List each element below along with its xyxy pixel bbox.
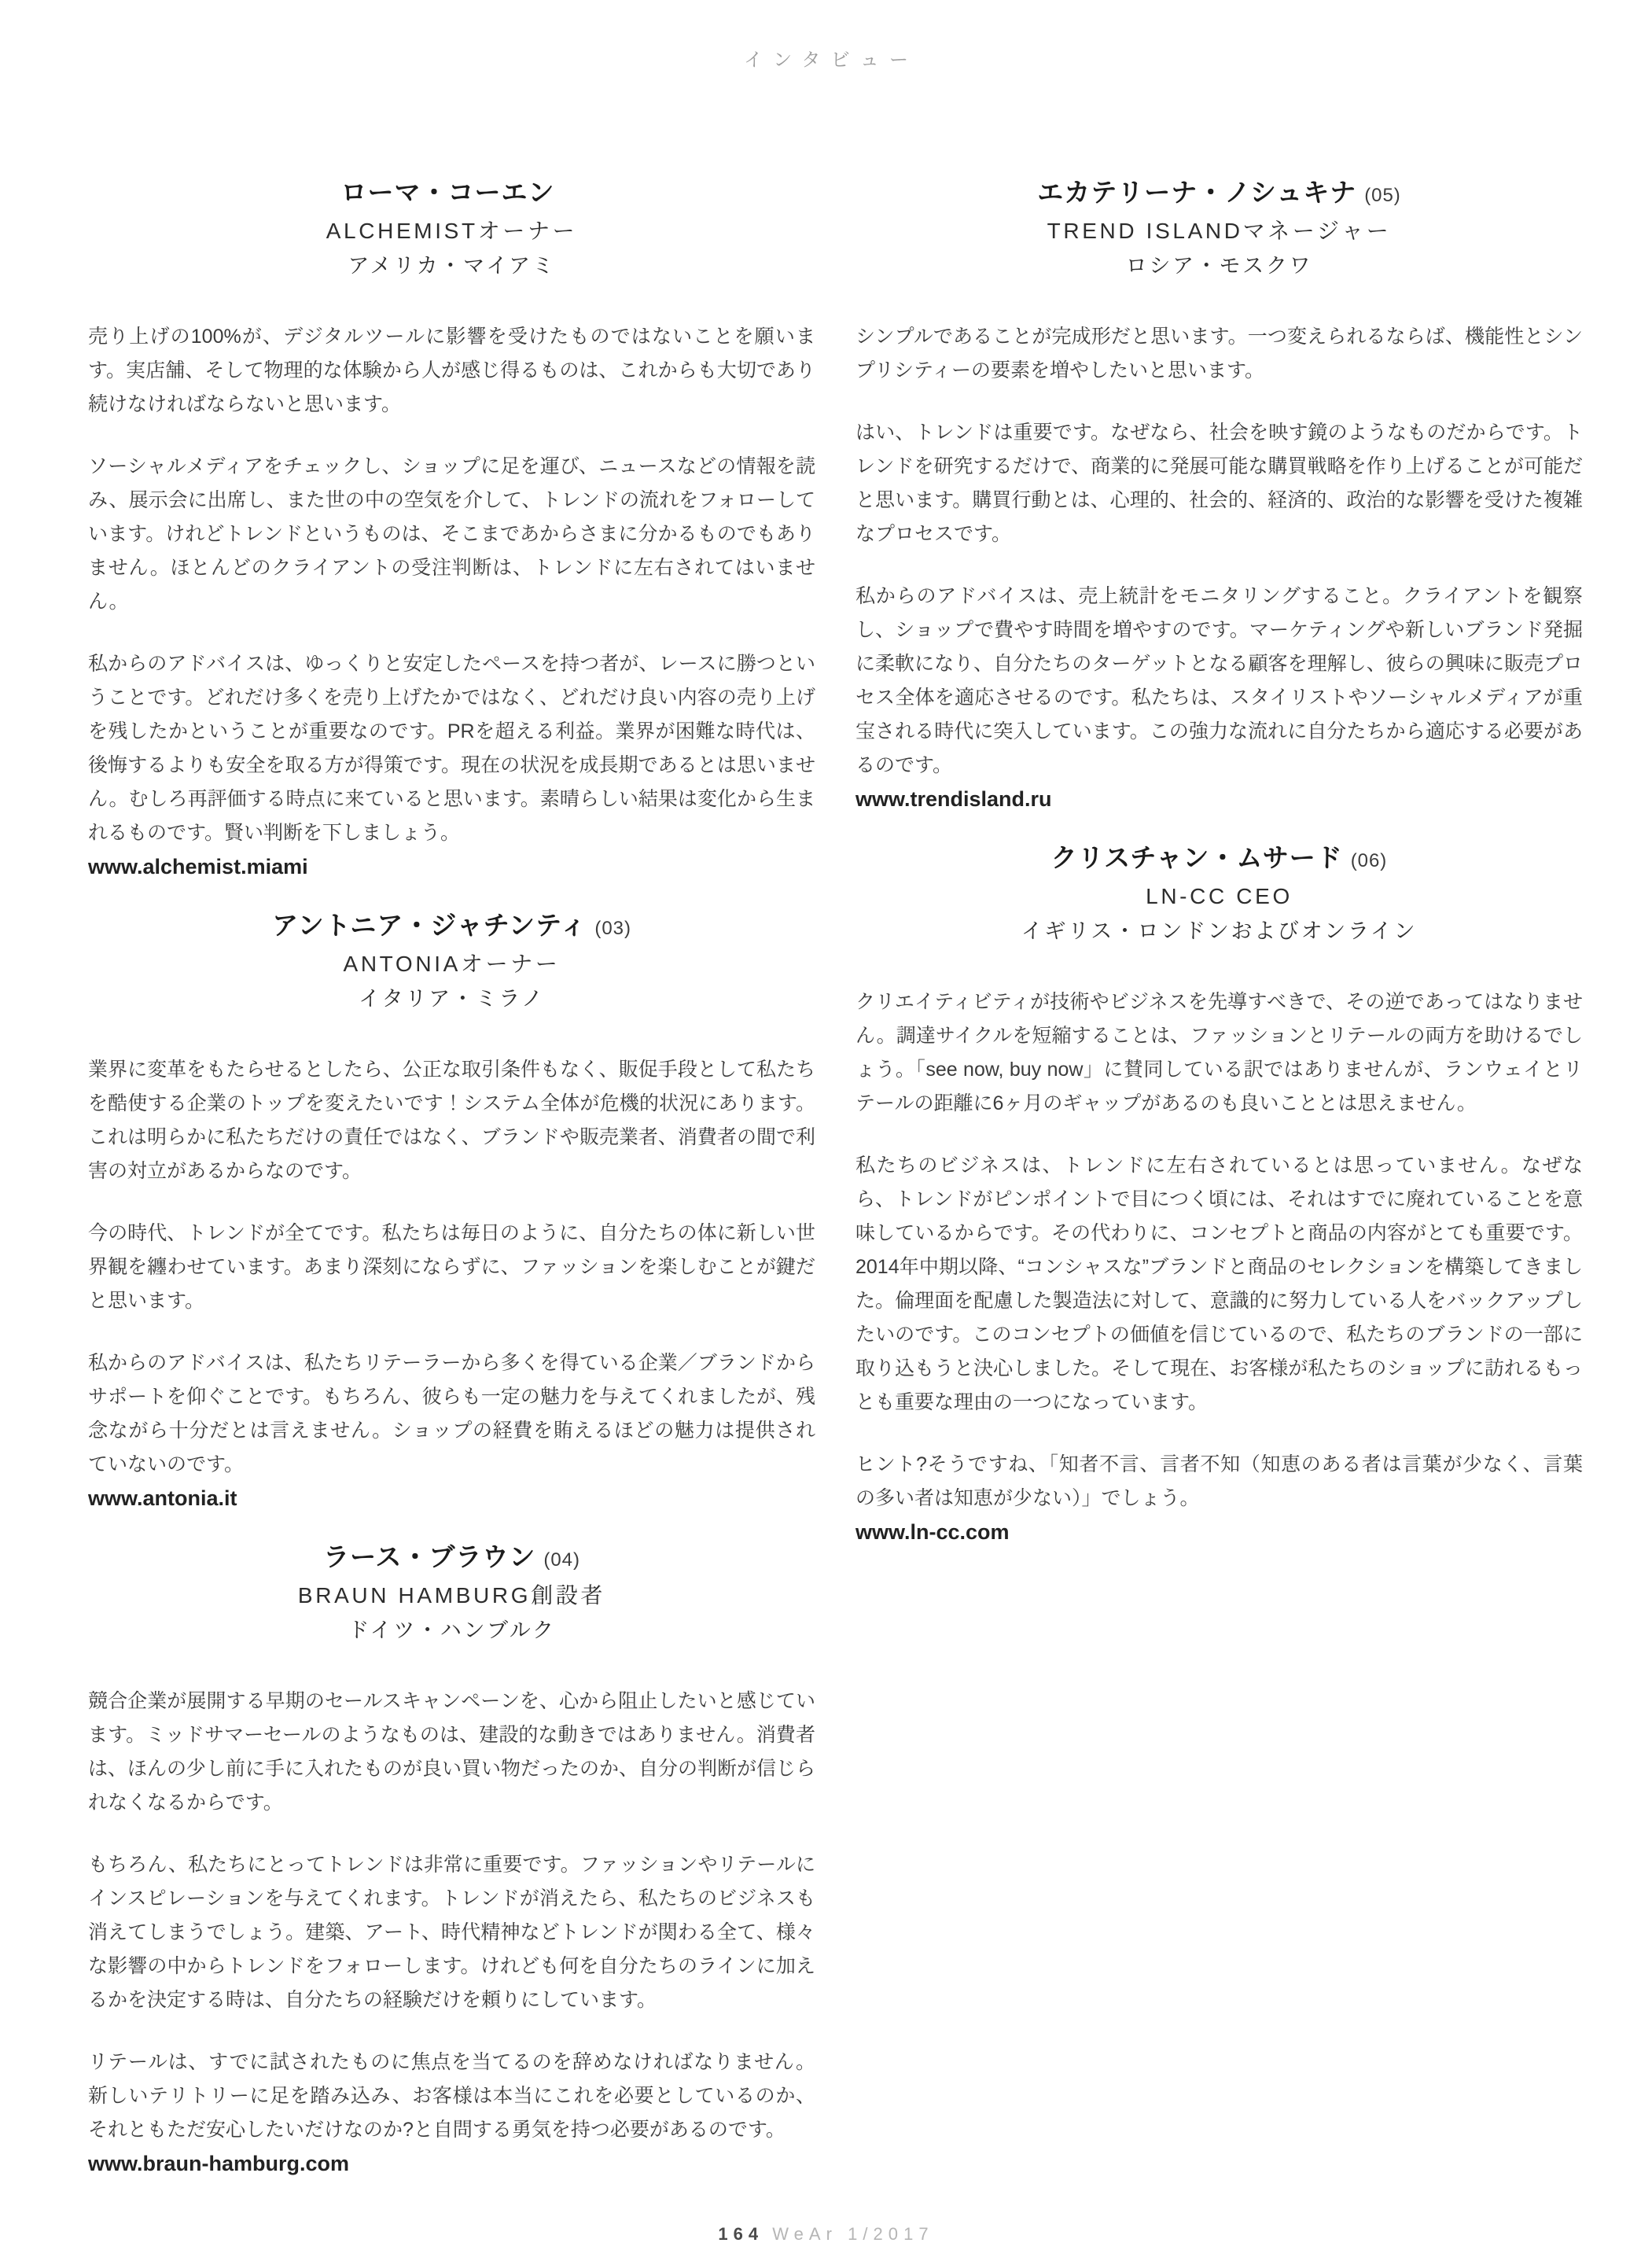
interviewee-number: (06) xyxy=(1351,850,1388,871)
interviewee-name-text: エカテリーナ・ノシュキナ xyxy=(1037,178,1356,207)
website-text: www.ln-cc.com xyxy=(855,1516,1583,1549)
interviewee-number: (03) xyxy=(594,918,631,939)
interview-section: ラース・ブラウン(04) BRAUN HAMBURG創設者 ドイツ・ハンブルク … xyxy=(88,1539,815,2181)
interviewee-role: ANTONIAオーナー xyxy=(88,946,815,981)
interview-paragraph: ヒント?そうですね、「知者不言、言者不知（知恵のある者は言葉が少なく、言葉の多い… xyxy=(855,1448,1583,1516)
interview-paragraph: 私からのアドバイスは、私たちリテーラーから多くを得ている企業／ブランドからサポー… xyxy=(88,1346,815,1482)
section-header: エカテリーナ・ノシュキナ(05) TREND ISLANDマネージャー ロシア・… xyxy=(855,175,1583,284)
interview-section: クリスチャン・ムサード(06) LN-CC CEO イギリス・ロンドンおよびオン… xyxy=(855,840,1583,1549)
interviewee-name-text: ラース・ブラウン xyxy=(323,1542,535,1571)
section-header: ラース・ブラウン(04) BRAUN HAMBURG創設者 ドイツ・ハンブルク xyxy=(88,1539,815,1648)
page-number: 164 xyxy=(718,2224,763,2244)
interview-section: アントニア・ジャチンティ(03) ANTONIAオーナー イタリア・ミラノ 業界… xyxy=(88,908,815,1516)
interview-paragraph: クリエイティビティが技術やビジネスを先導すべきで、その逆であってはなりません。調… xyxy=(855,985,1583,1121)
interviewee-location: ドイツ・ハンブルク xyxy=(88,1613,815,1648)
section-header: ローマ・コーエン ALCHEMISTオーナー アメリカ・マイアミ xyxy=(88,175,815,284)
magazine-page: インタビュー ローマ・コーエン ALCHEMISTオーナー アメリカ・マイアミ … xyxy=(0,0,1652,2265)
interviewee-name-text: ローマ・コーエン xyxy=(341,178,555,207)
interview-paragraph: 私からのアドバイスは、売上統計をモニタリングすること。クライアントを観察し、ショ… xyxy=(855,580,1583,783)
interviewee-number: (04) xyxy=(543,1549,580,1571)
interview-paragraph: ソーシャルメディアをチェックし、ショップに足を運び、ニュースなどの情報を読み、展… xyxy=(88,450,815,619)
website-text: www.antonia.it xyxy=(88,1482,815,1516)
section-header: アントニア・ジャチンティ(03) ANTONIAオーナー イタリア・ミラノ xyxy=(88,908,815,1017)
interview-paragraph: 業界に変革をもたらせるとしたら、公正な取引条件もなく、販促手段として私たちを酷使… xyxy=(88,1053,815,1188)
interview-paragraph: 売り上げの100%が、デジタルツールに影響を受けたものではないことを願います。実… xyxy=(88,320,815,422)
interviewee-name: ローマ・コーエン xyxy=(88,175,815,213)
interviewee-location: イギリス・ロンドンおよびオンライン xyxy=(855,914,1583,949)
page-footer: 164WeAr 1/2017 xyxy=(0,2224,1652,2245)
interviewee-role: ALCHEMISTオーナー xyxy=(88,213,815,249)
interview-section: ローマ・コーエン ALCHEMISTオーナー アメリカ・マイアミ 売り上げの10… xyxy=(88,175,815,884)
interviewee-name-text: クリスチャン・ムサード xyxy=(1051,843,1343,872)
interviewee-role: LN-CC CEO xyxy=(855,878,1583,914)
interview-paragraph: リテールは、すでに試されたものに焦点を当てるのを辞めなければなりません。新しいテ… xyxy=(88,2046,815,2147)
columns-container: ローマ・コーエン ALCHEMISTオーナー アメリカ・マイアミ 売り上げの10… xyxy=(88,175,1583,2204)
interviewee-location: イタリア・ミラノ xyxy=(88,981,815,1017)
interviewee-name: アントニア・ジャチンティ(03) xyxy=(88,908,815,946)
column-right: エカテリーナ・ノシュキナ(05) TREND ISLANDマネージャー ロシア・… xyxy=(855,175,1583,2204)
interview-paragraph: 今の時代、トレンドが全てです。私たちは毎日のように、自分たちの体に新しい世界観を… xyxy=(88,1217,815,1318)
interview-paragraph: 私からのアドバイスは、ゆっくりと安定したペースを持つ者が、レースに勝つということ… xyxy=(88,647,815,850)
interviewee-name: エカテリーナ・ノシュキナ(05) xyxy=(855,175,1583,213)
website-text: www.alchemist.miami xyxy=(88,850,815,884)
website-text: www.trendisland.ru xyxy=(855,783,1583,816)
interviewee-location: アメリカ・マイアミ xyxy=(88,249,815,284)
website-text: www.braun-hamburg.com xyxy=(88,2147,815,2181)
interview-section: エカテリーナ・ノシュキナ(05) TREND ISLANDマネージャー ロシア・… xyxy=(855,175,1583,816)
interview-paragraph: はい、トレンドは重要です。なぜなら、社会を映す鏡のようなものだからです。トレンド… xyxy=(855,416,1583,551)
interviewee-number: (05) xyxy=(1364,185,1401,206)
interviewee-role: BRAUN HAMBURG創設者 xyxy=(88,1578,815,1613)
interview-paragraph: シンプルであることが完成形だと思います。一つ変えられるならば、機能性とシンプリシ… xyxy=(855,320,1583,388)
column-left: ローマ・コーエン ALCHEMISTオーナー アメリカ・マイアミ 売り上げの10… xyxy=(88,175,815,2204)
interview-paragraph: 私たちのビジネスは、トレンドに左右されているとは思っていません。なぜなら、トレン… xyxy=(855,1149,1583,1420)
interviewee-role: TREND ISLANDマネージャー xyxy=(855,213,1583,249)
interviewee-location: ロシア・モスクワ xyxy=(855,249,1583,284)
interviewee-name-text: アントニア・ジャチンティ xyxy=(272,911,587,940)
interview-paragraph: 競合企業が展開する早期のセールスキャンペーンを、心から阻止したいと感じています。… xyxy=(88,1685,815,1820)
interview-paragraph: もちろん、私たちにとってトレンドは非常に重要です。ファッションやリテールにインス… xyxy=(88,1848,815,2017)
interviewee-name: クリスチャン・ムサード(06) xyxy=(855,840,1583,878)
interviewee-name: ラース・ブラウン(04) xyxy=(88,1539,815,1578)
section-header: クリスチャン・ムサード(06) LN-CC CEO イギリス・ロンドンおよびオン… xyxy=(855,840,1583,949)
page-title: インタビュー xyxy=(0,44,1652,72)
issue-label: WeAr 1/2017 xyxy=(772,2224,933,2244)
